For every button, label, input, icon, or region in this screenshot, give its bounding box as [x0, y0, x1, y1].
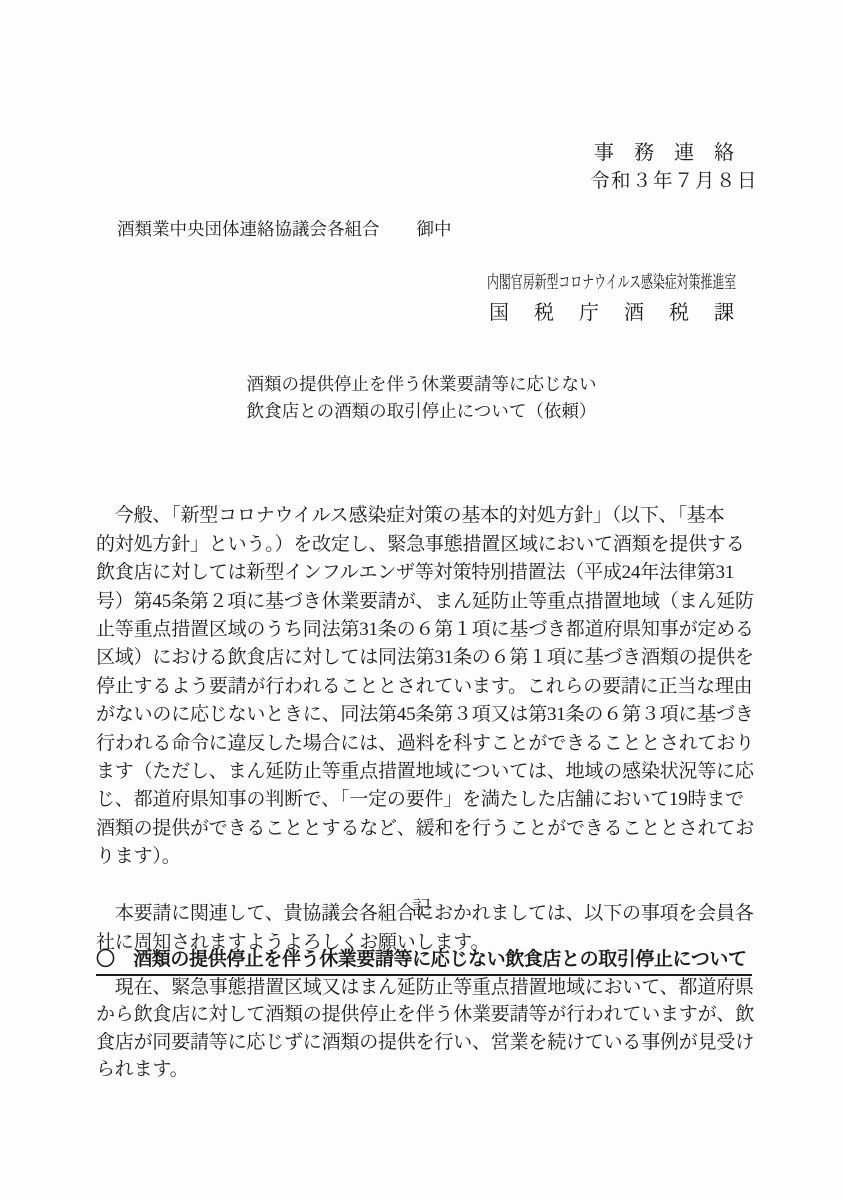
- section-paragraph: 現在、緊急事態措置区域又はまん延防止等重点措置地域において、都道府県 から飲食店…: [96, 974, 760, 1083]
- recipient-name: 酒類業中央団体連絡協議会各組合: [117, 219, 380, 239]
- section-heading: 〇 酒類の提供停止を伴う休業要請等に応じない飲食店との取引停止について: [96, 944, 752, 976]
- doc-date: 令和３年７月８日: [590, 165, 758, 193]
- sender-office-line: 内閣官房新型コロナウイルス感染症対策推進室: [487, 269, 736, 294]
- document-title: 酒類の提供停止を伴う休業要請等に応じない 飲食店との酒類の取引停止について（依頼…: [0, 371, 843, 425]
- document-page: 事務連絡 令和３年７月８日 酒類業中央団体連絡協議会各組合御中 内閣官房新型コロ…: [0, 0, 843, 1200]
- ki-marker: 記: [0, 893, 843, 920]
- recipient-honorific: 御中: [417, 219, 452, 239]
- document-title-line1: 酒類の提供停止を伴う休業要請等に応じない: [0, 371, 843, 398]
- document-title-line2: 飲食店との酒類の取引停止について（依頼）: [0, 398, 843, 425]
- doc-type-label: 事務連絡: [594, 136, 754, 165]
- recipient-line: 酒類業中央団体連絡協議会各組合御中: [117, 216, 452, 241]
- sender-division-line: 国税庁酒税課: [489, 296, 759, 325]
- body-paragraph-1: 今般、「新型コロナウイルス感染症対策の基本的対処方針」（以下、「基本 的対処方針…: [96, 502, 760, 871]
